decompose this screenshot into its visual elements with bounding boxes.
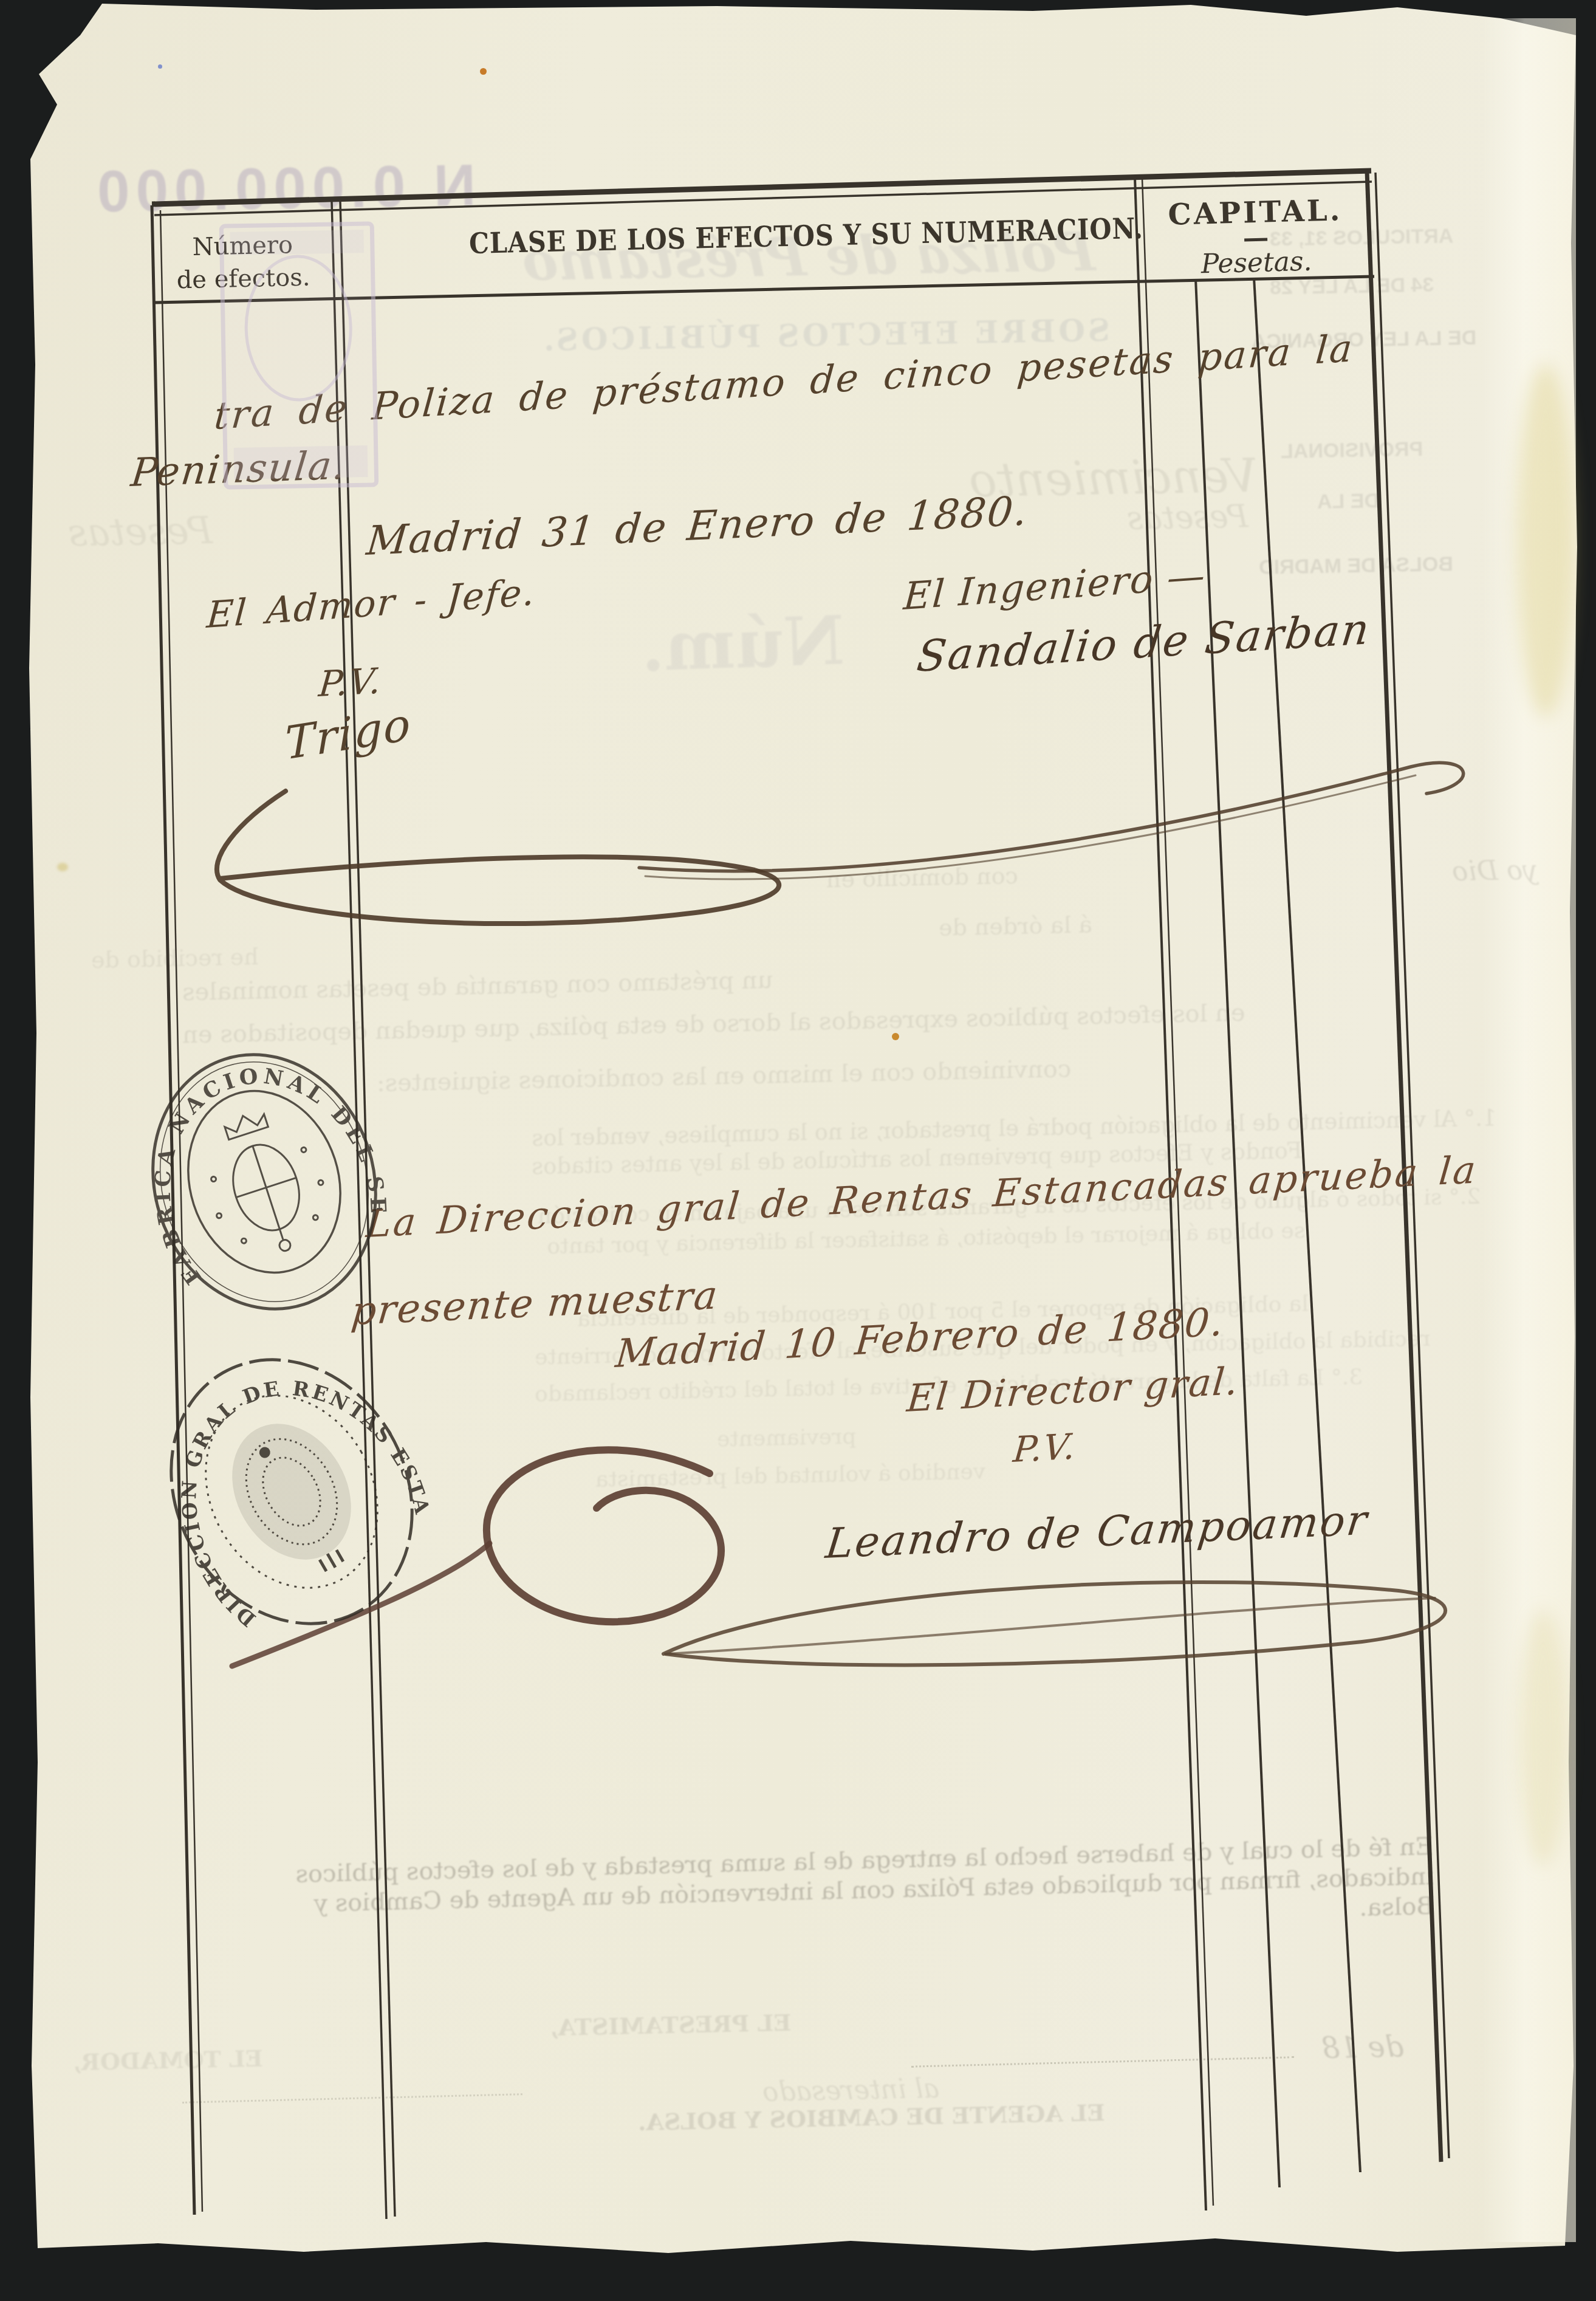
trigo-flourish	[217, 791, 779, 924]
lilac-stamp-ghost	[221, 224, 376, 487]
ingeniero-flourish	[639, 763, 1464, 871]
ink-overlay: FABRICA NACIONAL DEL SELLO DIRECCION GRA…	[0, 0, 1596, 2301]
director-rubric-tail	[232, 1543, 490, 1666]
fabrica-stamp: FABRICA NACIONAL DEL SELLO	[112, 1023, 417, 1340]
ingeniero-flourish-second	[645, 775, 1416, 879]
direccion-stamp: DIRECCION GRAL DE RENTAS ESTANCADAS	[116, 1311, 467, 1673]
campoamor-flourish	[663, 1582, 1445, 1665]
director-rubric-loop	[487, 1450, 721, 1622]
direccion-stamp-arms	[208, 1402, 383, 1595]
scanned-document-page: N 0.000.000 Póliza de Préstamo SOBRE EFE…	[0, 0, 1596, 2301]
